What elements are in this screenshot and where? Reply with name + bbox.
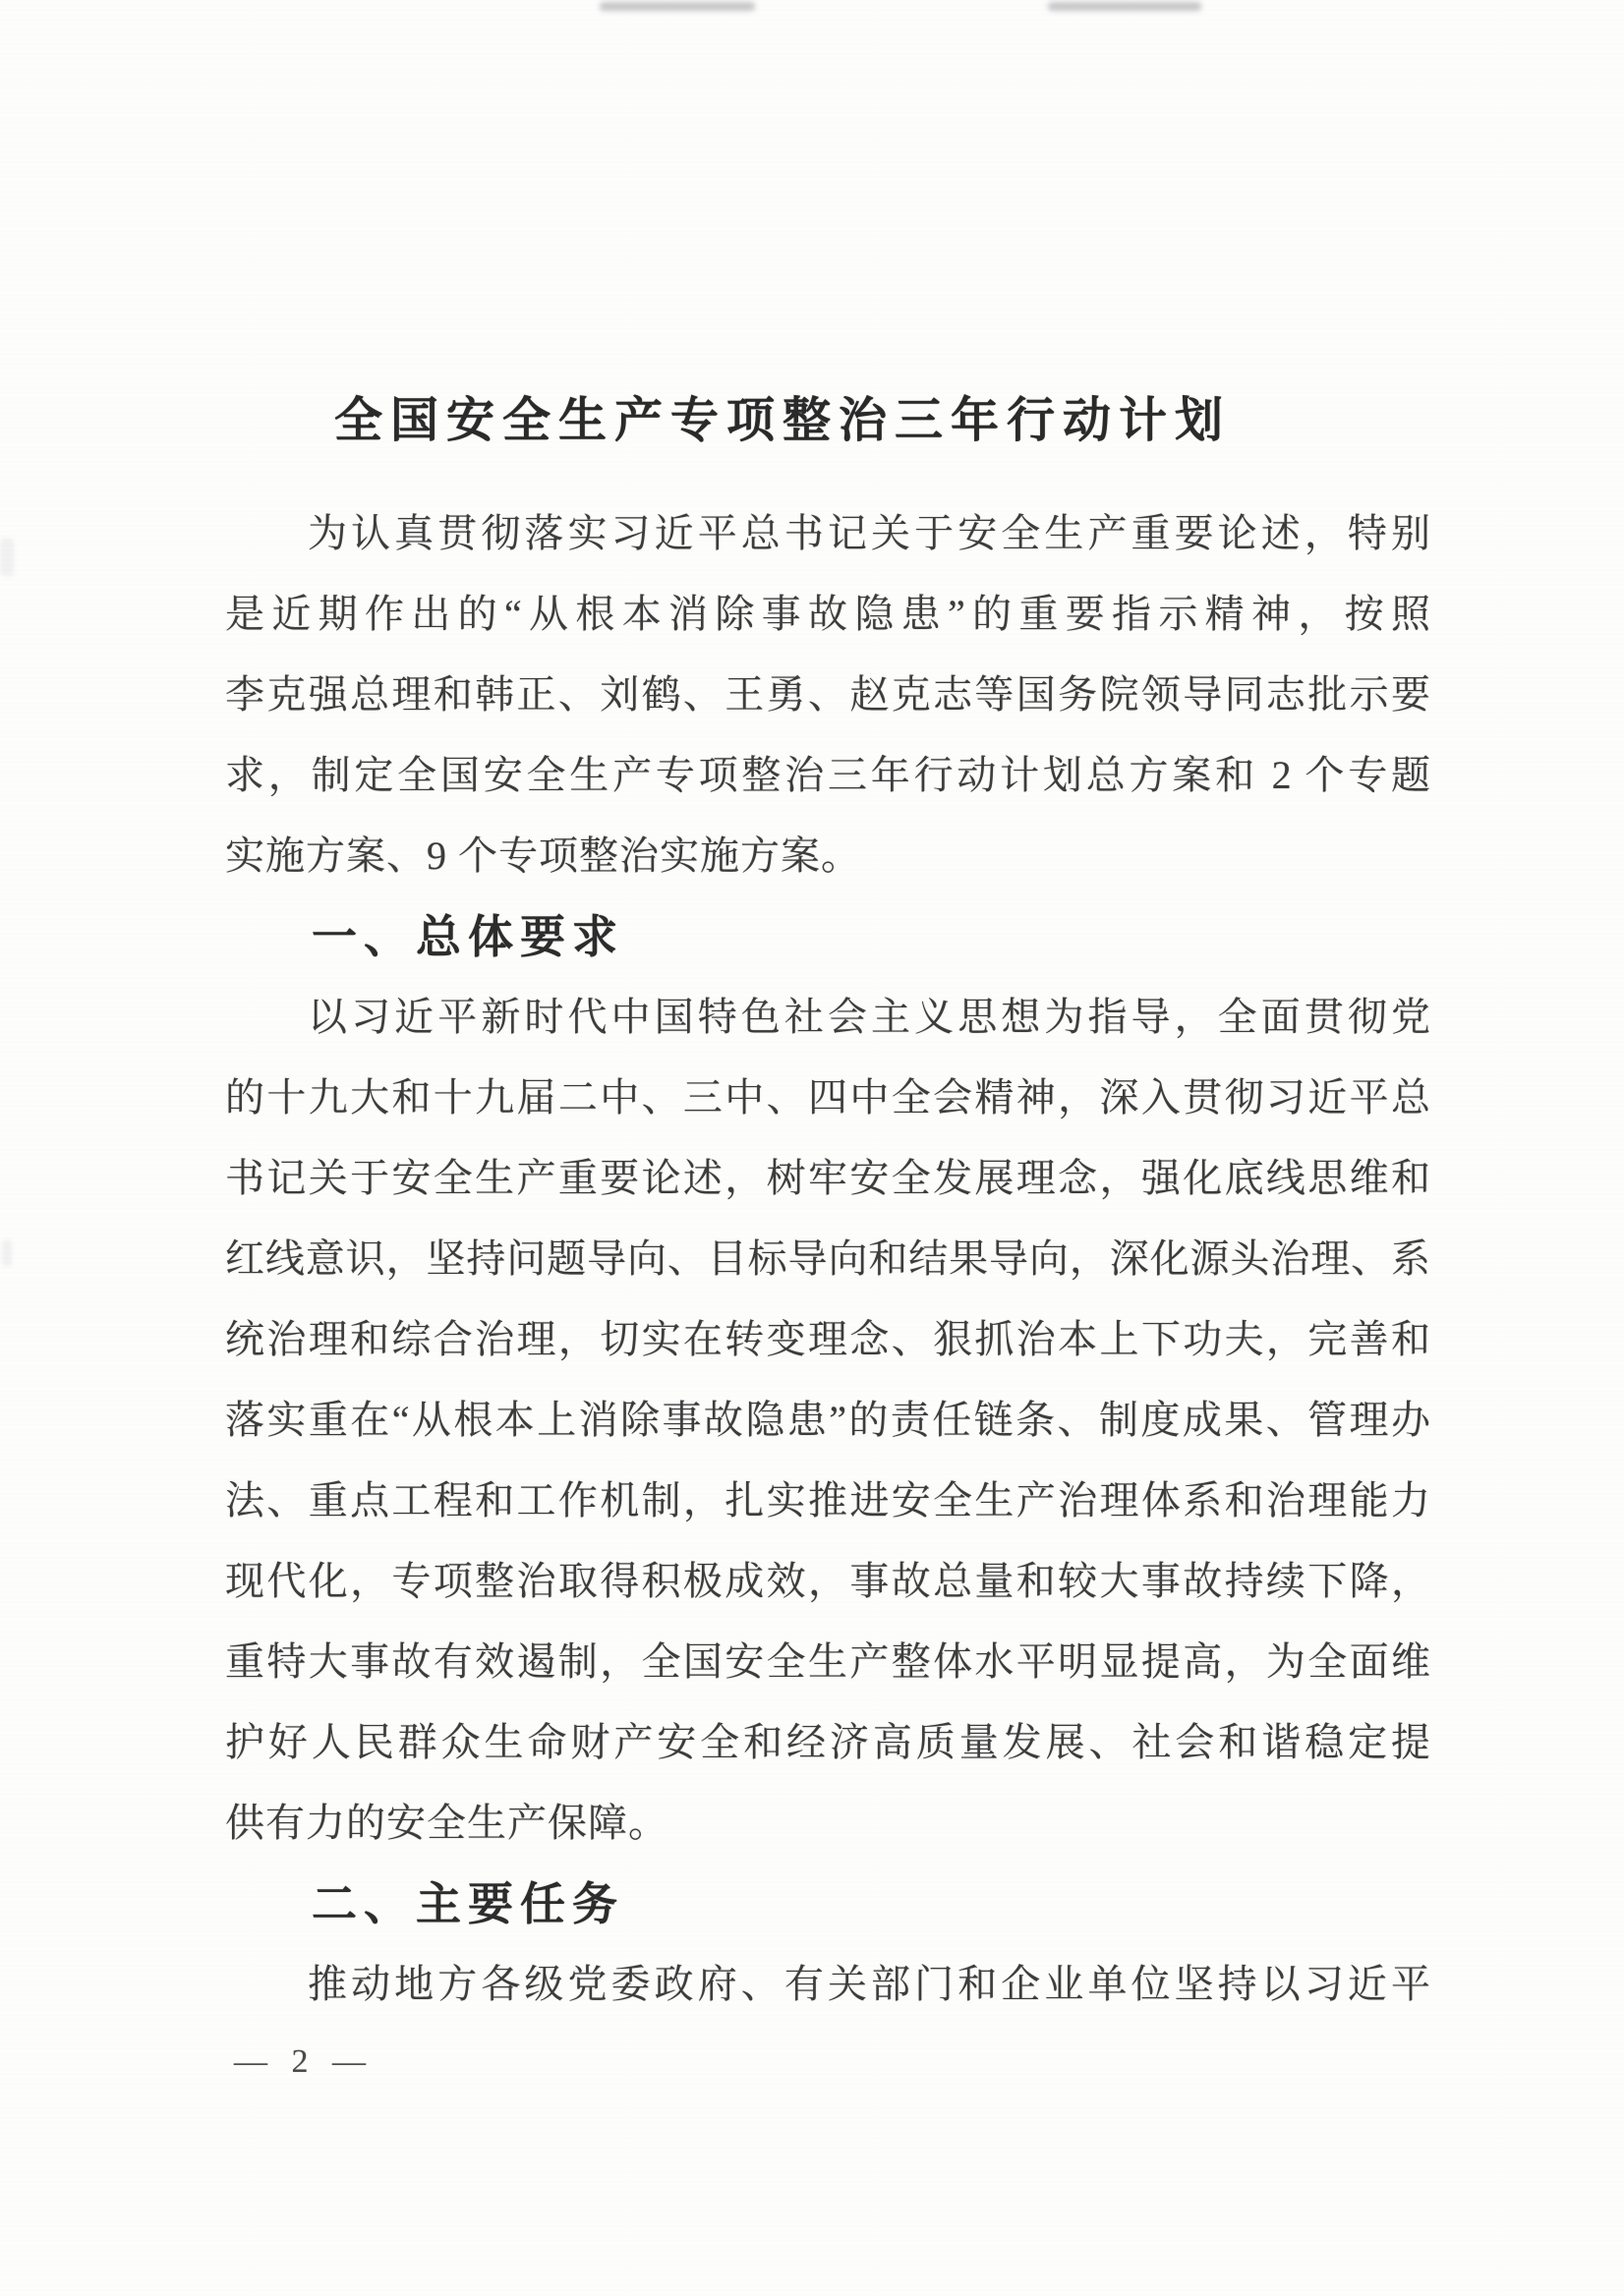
body-line: 为认真贯彻落实习近平总书记关于安全生产重要论述，特别: [225, 493, 1430, 574]
document-page: { "document": { "title": "全国安全生产专项整治三年行动…: [0, 0, 1624, 2296]
body-line: 求，制定全国安全生产专项整治三年行动计划总方案和 2 个专题: [225, 735, 1430, 816]
page-number: — 2 —: [234, 2042, 367, 2082]
body-line: 实施方案、9 个专项整治实施方案。: [225, 816, 1430, 896]
section-heading-2: 二、主要任务: [225, 1864, 1430, 1944]
document-body: 为认真贯彻落实习近平总书记关于安全生产重要论述，特别 是近期作出的“从根本消除事…: [225, 493, 1430, 2025]
body-line: 法、重点工程和工作机制，扎实推进安全生产治理体系和治理能力: [225, 1461, 1430, 1541]
body-line: 李克强总理和韩正、刘鹤、王勇、赵克志等国务院领导同志批示要: [225, 655, 1430, 735]
body-line: 是近期作出的“从根本消除事故隐患”的重要指示精神，按照: [225, 574, 1430, 655]
body-line: 供有力的安全生产保障。: [225, 1783, 1430, 1864]
body-line: 推动地方各级党委政府、有关部门和企业单位坚持以习近平: [225, 1944, 1430, 2025]
scan-artifact-top-left: [600, 2, 755, 11]
body-line: 统治理和综合治理，切实在转变理念、狠抓治本上下功夫，完善和: [225, 1299, 1430, 1380]
body-line: 护好人民群众生命财产安全和经济高质量发展、社会和谐稳定提: [225, 1702, 1430, 1783]
body-line: 书记关于安全生产重要论述，树牢安全发展理念，强化底线思维和: [225, 1138, 1430, 1219]
body-line: 落实重在“从根本上消除事故隐患”的责任链条、制度成果、管理办: [225, 1380, 1430, 1461]
body-line: 红线意识，坚持问题导向、目标导向和结果导向，深化源头治理、系: [225, 1219, 1430, 1299]
body-line: 以习近平新时代中国特色社会主义思想为指导，全面贯彻党: [225, 977, 1430, 1058]
scan-artifact-top-right: [1048, 2, 1201, 11]
body-line: 现代化，专项整治取得积极成效，事故总量和较大事故持续下降，: [225, 1541, 1430, 1622]
section-heading-1: 一、总体要求: [225, 896, 1430, 977]
body-line: 重特大事故有效遏制，全国安全生产整体水平明显提高，为全面维: [225, 1622, 1430, 1702]
scan-artifact-edge: [0, 539, 14, 576]
scan-artifact-edge: [2, 1240, 12, 1266]
document-title: 全国安全生产专项整治三年行动计划: [0, 392, 1595, 449]
body-line: 的十九大和十九届二中、三中、四中全会精神，深入贯彻习近平总: [225, 1058, 1430, 1138]
